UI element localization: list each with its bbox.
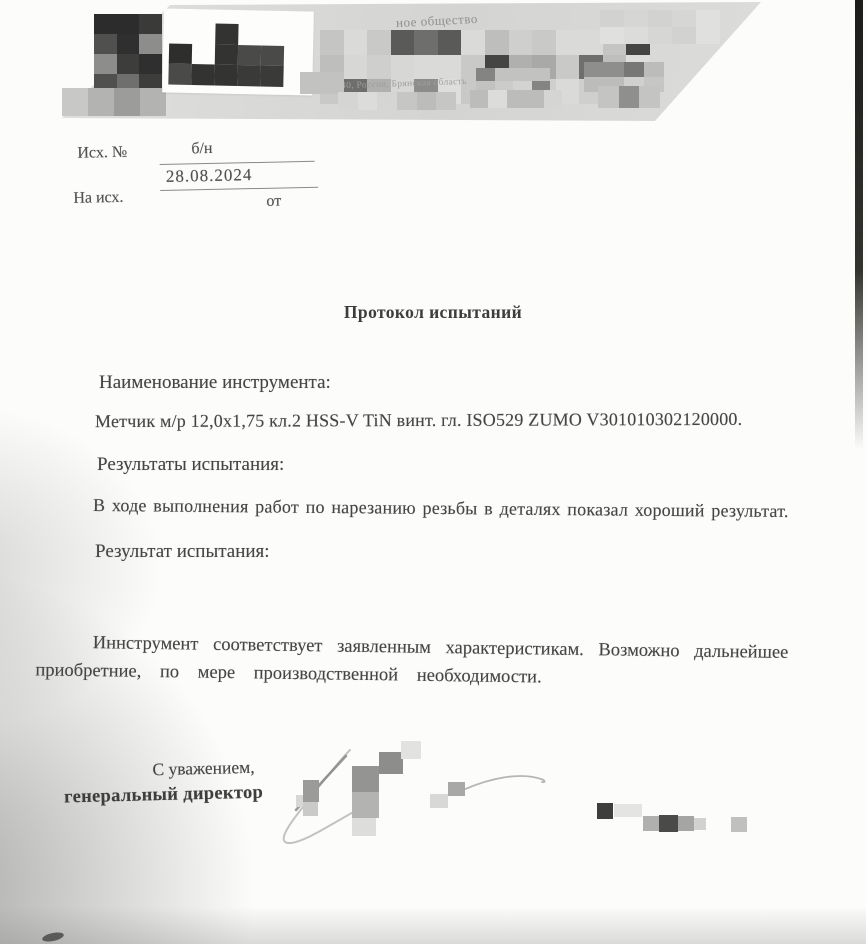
redaction-tile bbox=[352, 818, 376, 836]
redacted-logo-mosaic bbox=[168, 23, 307, 88]
results-label: Результаты испытания: bbox=[97, 454, 284, 476]
incoming-label: На исх. bbox=[73, 189, 123, 208]
document-title: Протокол испытаний bbox=[0, 302, 866, 323]
redaction-tile bbox=[303, 780, 319, 802]
redaction-tile bbox=[678, 816, 694, 831]
redaction-tile bbox=[352, 766, 379, 792]
redaction-tile bbox=[694, 818, 706, 830]
redacted-band-topright-mosaic bbox=[600, 10, 720, 44]
reference-block: Исх. № б/н 28.08.2024 На исх. от bbox=[59, 127, 361, 233]
scan-bottom-mark bbox=[41, 931, 64, 943]
redaction-tile bbox=[303, 802, 318, 816]
outgoing-number-value: б/н bbox=[191, 140, 213, 158]
results-text: В ходе выполнения работ по нарезанию рез… bbox=[93, 495, 789, 522]
tool-name-value: Метчик м/р 12,0х1,75 кл.2 HSS-V TiN винт… bbox=[95, 409, 742, 432]
redacted-address-mosaic bbox=[598, 86, 660, 108]
tool-name-label: Наименование инструмента: bbox=[99, 372, 331, 394]
redaction-tile bbox=[643, 816, 659, 831]
redaction-tile bbox=[659, 815, 678, 832]
redaction-tile bbox=[352, 792, 379, 818]
result-label: Результат испытания: bbox=[95, 541, 270, 563]
redaction-tile bbox=[731, 817, 747, 832]
logo-box bbox=[162, 8, 314, 95]
redacted-logo-left-mosaic bbox=[94, 14, 162, 94]
redacted-address-mosaic bbox=[470, 90, 562, 108]
incoming-from-label: от bbox=[266, 193, 281, 211]
conclusion-line: Иннструмент соответствует заявленным хар… bbox=[93, 633, 789, 664]
scan-edge-shadow bbox=[855, 0, 863, 450]
redaction-tile bbox=[379, 752, 403, 774]
redaction-tile bbox=[401, 741, 421, 759]
redaction-tile bbox=[448, 782, 465, 796]
director-position: генеральный директор bbox=[64, 783, 264, 809]
scanned-document: ное общество 140, Россия, Брянская облас… bbox=[0, 0, 866, 944]
redaction-tile bbox=[614, 804, 642, 817]
redacted-address-mosaic bbox=[338, 92, 456, 110]
outgoing-number-label: Исх. № bbox=[77, 144, 127, 163]
redacted-address-mosaic bbox=[300, 72, 344, 94]
closing-text: С уважением, bbox=[152, 757, 255, 780]
redaction-tile bbox=[597, 803, 613, 819]
reference-line bbox=[160, 161, 315, 165]
conclusion-paragraph: Иннструмент соответствует заявленным хар… bbox=[30, 628, 846, 639]
reference-line bbox=[160, 187, 318, 191]
redaction-tile bbox=[430, 794, 448, 808]
conclusion-line: приобретние, по мере производственной не… bbox=[35, 660, 541, 688]
outgoing-date: 28.08.2024 bbox=[166, 165, 253, 187]
redacted-logo-steps-mosaic bbox=[62, 88, 166, 116]
